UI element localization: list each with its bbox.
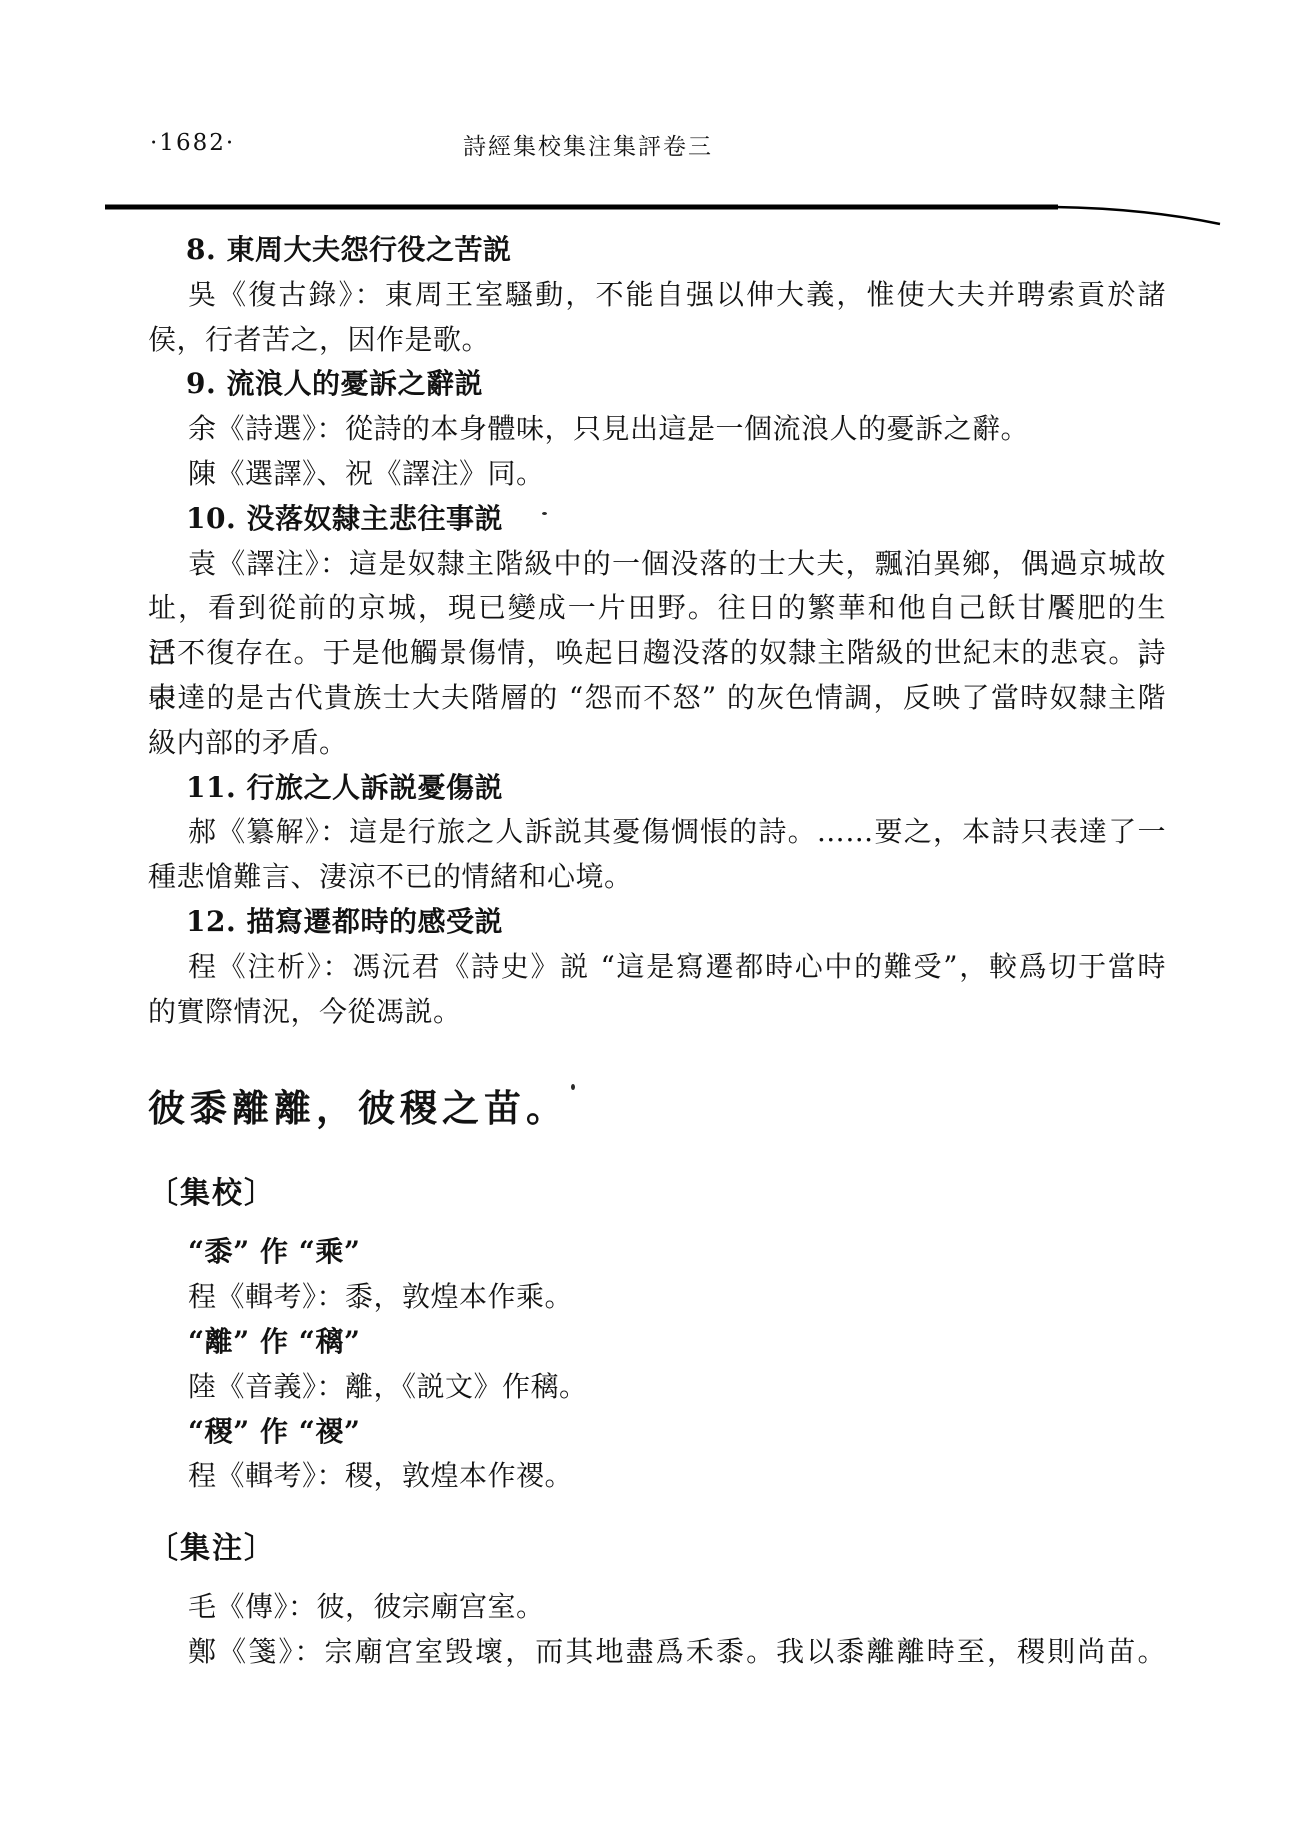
theory-heading-11: 11. 行旅之人訴説憂傷説 <box>148 766 1166 811</box>
theory-heading-12: 12. 描寫遷都時的感受説 <box>148 900 1166 945</box>
body-line: 址，看到從前的京城，現已變成一片田野。往日的繁華和他自己飫甘饜肥的生活， <box>148 586 1166 631</box>
body-line: 余《詩選》：從詩的本身體味，只見出這是一個流浪人的憂訴之辭。 <box>148 407 1166 452</box>
scan-speck <box>571 1084 575 1090</box>
body-line: 程《輯考》：稷，敦煌本作禝。 <box>148 1454 1166 1499</box>
bracket-heading-jixiao: 〔集校〕 <box>148 1170 1166 1218</box>
body-line: 袁《譯注》：這是奴隸主階級中的一個没落的士大夫，飄泊異鄉，偶過京城故 <box>148 542 1166 587</box>
body-line: 陸《音義》：離，《説文》作䅻。 <box>148 1365 1166 1410</box>
body-line: 程《注析》：馮沅君《詩史》説 “這是寫遷都時心中的難受”，較爲切于當時 <box>148 945 1166 990</box>
book-page: { "header": { "page_number": "·1682·", "… <box>0 0 1300 1827</box>
body-line: 表達的是古代貴族士大夫階層的 “怨而不怒” 的灰色情調，反映了當時奴隸主階 <box>148 676 1166 721</box>
collation-variant-heading: “稷” 作 “禝” <box>148 1410 1166 1455</box>
body-line: 毛《傳》：彼，彼宗廟宫室。 <box>148 1585 1166 1630</box>
collation-variant-heading: “黍” 作 “乘” <box>148 1230 1166 1275</box>
bracket-heading-jizhu: 〔集注〕 <box>148 1525 1166 1573</box>
collation-variant-heading: “離” 作 “䅻” <box>148 1320 1166 1365</box>
page-number: ·1682· <box>150 130 235 156</box>
body-line: 種悲愴難言、淒涼不已的情緒和心境。 <box>148 855 1166 900</box>
scan-speck <box>542 512 547 515</box>
body-line: 級内部的矛盾。 <box>148 721 1166 766</box>
body-line: 鄭《箋》：宗廟宫室毁壞，而其地盡爲禾黍。我以黍離離時至，稷則尚苗。 <box>148 1630 1166 1675</box>
body-line: 侯，行者苦之，因作是歌。 <box>148 318 1166 363</box>
body-line: 吳《復古錄》：東周王室騷動，不能自强以伸大義，惟使大夫并聘索貢於諸 <box>148 273 1166 318</box>
body-line: 陳《選譯》、祝《譯注》同。 <box>148 452 1166 497</box>
verse-line: 彼黍離離，彼稷之苗。 <box>148 1082 1166 1134</box>
theory-heading-10: 10. 没落奴隸主悲往事説 <box>148 497 1166 542</box>
scan-speck <box>689 437 693 441</box>
theory-heading-9: 9. 流浪人的憂訴之辭説 <box>148 362 1166 407</box>
running-title: 詩經集校集注集評卷三 <box>463 128 713 161</box>
page-body: 8. 東周大夫怨行役之苦説 吳《復古錄》：東周王室騷動，不能自强以伸大義，惟使大… <box>148 228 1166 1675</box>
theory-heading-8: 8. 東周大夫怨行役之苦説 <box>148 228 1166 273</box>
body-line: 的實際情況，今從馮説。 <box>148 990 1166 1035</box>
body-line: 已不復存在。于是他觸景傷情，唤起日趨没落的奴隸主階級的世紀末的悲哀。詩中 <box>148 631 1166 676</box>
body-line: 郝《纂解》：這是行旅之人訴説其憂傷惆悵的詩。……要之，本詩只表達了一 <box>148 810 1166 855</box>
body-line: 程《輯考》：黍，敦煌本作乘。 <box>148 1275 1166 1320</box>
